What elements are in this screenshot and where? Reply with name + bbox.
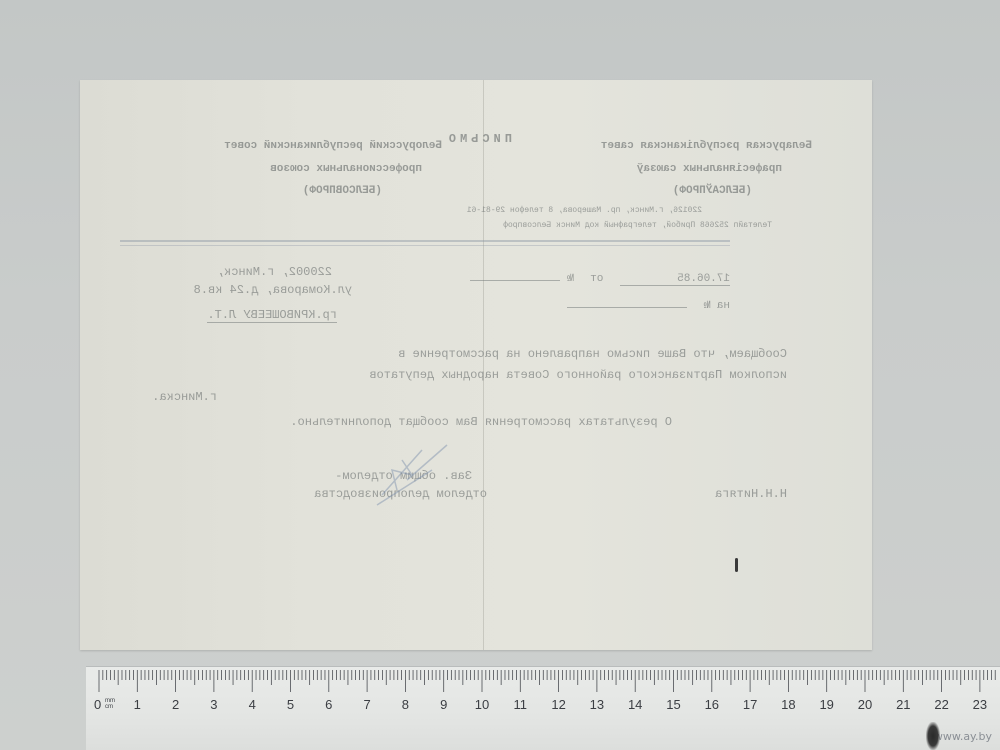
ref-label: на №	[704, 300, 730, 312]
body-para1-line3: г.Минска.	[152, 390, 217, 404]
letter-paper: ПИСЬМО Беларуская рэспубліканская савет …	[80, 80, 872, 650]
svg-text:4: 4	[249, 697, 256, 712]
ref-field: на №	[567, 300, 730, 312]
header-left-2: прафесіянальных саюзаў	[637, 163, 782, 175]
ruler: 01234567891011121314151617181920212223mm…	[86, 666, 1000, 750]
body-para2: О результатах рассмотрения Вам сообщат д…	[290, 415, 672, 429]
recipient-line-2: ул.Комарова, д.24 кв.8	[194, 283, 352, 297]
svg-text:11: 11	[514, 697, 528, 712]
number-label: №	[567, 273, 574, 285]
svg-text:14: 14	[628, 697, 642, 712]
svg-text:1: 1	[134, 697, 141, 712]
svg-text:0: 0	[94, 697, 101, 712]
svg-text:5: 5	[287, 697, 294, 712]
svg-text:cm: cm	[105, 704, 113, 710]
date-value: 17.06.85	[620, 273, 730, 286]
header-rule	[120, 240, 730, 242]
svg-text:23: 23	[973, 697, 987, 712]
svg-text:20: 20	[858, 697, 872, 712]
recipient-line-3: гр.КРИВОШЕЕВУ Л.Т.	[207, 308, 337, 323]
signature-name: Н.Н.Нитяга	[715, 487, 787, 501]
svg-text:8: 8	[402, 697, 409, 712]
svg-text:12: 12	[551, 697, 565, 712]
body-para1-line2: исполком Партизанского районного Совета …	[369, 368, 787, 382]
svg-text:21: 21	[896, 697, 910, 712]
svg-text:9: 9	[440, 697, 447, 712]
svg-text:17: 17	[743, 697, 757, 712]
header-right-3: (БЕЛСОВПРОФ)	[303, 185, 382, 197]
header-left-3: (БЕЛСАЎПРОФ)	[673, 185, 752, 197]
svg-text:18: 18	[781, 697, 795, 712]
header-contact: Телетайп 252668 Прибой, телеграфный код …	[503, 221, 772, 230]
date-label: 17.06.85 от №	[470, 273, 730, 286]
svg-text:6: 6	[325, 697, 332, 712]
svg-text:7: 7	[363, 697, 370, 712]
header-title: ПИСЬМО	[445, 132, 512, 146]
watermark: www.ay.by	[934, 730, 992, 743]
header-address: 220126, г.Минск, пр. Машерова, 8 телефон…	[467, 206, 702, 215]
header-right-1: Белорусский республиканский совет	[224, 140, 442, 152]
svg-text:10: 10	[475, 697, 489, 712]
svg-text:15: 15	[666, 697, 680, 712]
header-right-2: профессиональных союзов	[270, 163, 422, 175]
ruler-scale: 01234567891011121314151617181920212223mm…	[86, 667, 1000, 727]
svg-text:19: 19	[819, 697, 833, 712]
ink-mark	[735, 558, 738, 572]
date-label-text: от	[590, 273, 603, 285]
body-para1-line1: Сообщаем, что Ваше письмо направлено на …	[398, 347, 787, 361]
recipient-line-1: 220002, г.Минск,	[217, 265, 332, 279]
show-through-text: ПИСЬМО Беларуская рэспубліканская савет …	[80, 80, 872, 650]
pen-tip	[926, 722, 940, 750]
svg-text:22: 22	[934, 697, 948, 712]
svg-text:2: 2	[172, 697, 179, 712]
svg-text:16: 16	[705, 697, 719, 712]
header-rule-thin	[120, 245, 730, 246]
signature-scribble	[362, 440, 452, 510]
header-left-1: Беларуская рэспубліканская савет	[601, 140, 812, 152]
svg-text:3: 3	[210, 697, 217, 712]
svg-text:13: 13	[590, 697, 604, 712]
